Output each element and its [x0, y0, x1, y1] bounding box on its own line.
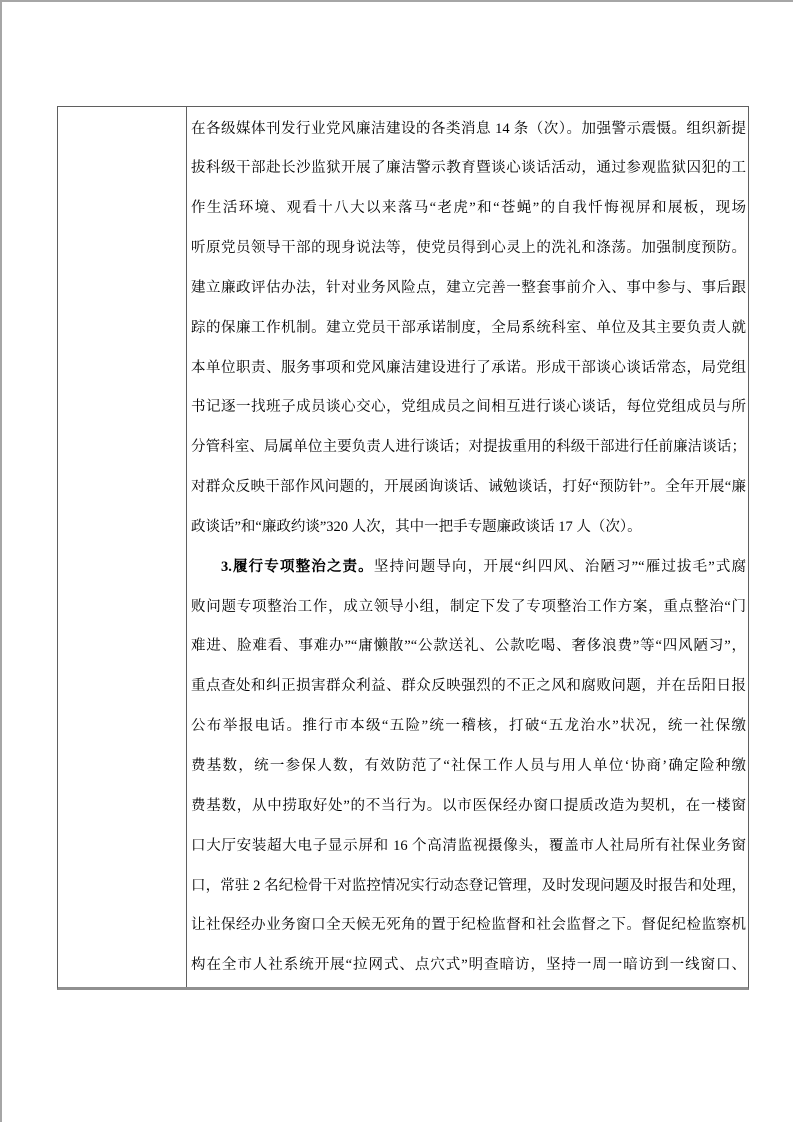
text-line: 构在全市人社系统开展“拉网式、点穴式”明查暗访，坚持一周一暗访到一线窗口、 [191, 946, 746, 986]
text-line: 分管科室、局属单位主要负责人进行谈话；对提拔重用的科级干部进行任前廉洁谈话； [191, 428, 746, 468]
text-line: 踪的保廉工作机制。建立党员干部承诺制度，全局系统科室、单位及其主要负责人就 [191, 309, 746, 349]
text-line-paragraph-start: 3.履行专项整治之责。坚持问题导向，开展“纠四风、治陋习”“雁过拔毛”式腐 [191, 548, 746, 588]
text-line: 重点查处和纠正损害群众利益、群众反映强烈的不正之风和腐败问题，并在岳阳日报 [191, 667, 746, 707]
page-top-edge-line [0, 0, 793, 2]
text-line: 难进、脸难看、事难办”“庸懒散”“公款送礼、公款吃喝、奢侈浪费”等“四风陋习”， [191, 627, 746, 667]
text-line: 费基数，统一参保人数，有效防范了“社保工作人员与用人单位‘协商’确定险种缴 [191, 747, 746, 787]
text-line: 建立廉政评估办法，针对业务风险点，建立完善一整套事前介入、事中参与、事后跟 [191, 269, 746, 309]
page-left-edge-line [0, 0, 2, 1122]
text-line: 书记逐一找班子成员谈心交心，党组成员之间相互进行谈心谈话，每位党组成员与所 [191, 388, 746, 428]
text-line: 费基数，从中捞取好处”的不当行为。以市医保经办窗口提质改造为契机，在一楼窗 [191, 787, 746, 827]
text-line: 让社保经办业务窗口全天候无死角的置于纪检监督和社会监督之下。督促纪检监察机 [191, 906, 746, 946]
text-line: 口大厅安装超大电子显示屏和 16 个高清监视摄像头，覆盖市人社局所有社保业务窗 [191, 827, 746, 867]
text-line: 本单位职责、服务事项和党风廉洁建设进行了承诺。形成干部谈心谈话常态，局党组 [191, 349, 746, 389]
text-line: 听原党员领导干部的现身说法等，使党员得到心灵上的洗礼和涤荡。加强制度预防。 [191, 229, 746, 269]
text-line: 败问题专项整治工作，成立领导小组，制定下发了专项整治工作方案，重点整治“门 [191, 588, 746, 628]
text-line: 拔科级干部赴长沙监狱开展了廉洁警示教育暨谈心谈话活动，通过参观监狱囚犯的工 [191, 149, 746, 189]
text-line-paragraph-end: 政谈话”和“廉政约谈”320 人次，其中一把手专题廉政谈话 17 人（次）。 [191, 508, 746, 548]
table-label-cell [58, 107, 187, 987]
text-line: 口，常驻 2 名纪检骨干对监控情况实行动态登记管理，及时发现问题及时报告和处理， [191, 867, 746, 907]
table-content-cell: 在各级媒体刊发行业党风廉洁建设的各类消息 14 条（次）。加强警示震慑。组织新提… [187, 107, 748, 987]
text-line: 对群众反映干部作风问题的，开展函询谈话、诫勉谈话，打好“预防针”。全年开展“廉 [191, 468, 746, 508]
text-line: 作生活环境、观看十八大以来落马“老虎”和“苍蝇”的自我忏悔视屏和展板，现场 [191, 189, 746, 229]
report-table: 在各级媒体刊发行业党风廉洁建设的各类消息 14 条（次）。加强警示震慑。组织新提… [57, 106, 749, 990]
text-segment: 坚持问题导向，开展“纠四风、治陋习”“雁过拔毛”式腐 [374, 559, 746, 575]
text-line: 公布举报电话。推行市本级“五险”统一稽核，打破“五龙治水”状况，统一社保缴 [191, 707, 746, 747]
section-heading: 3.履行专项整治之责。 [221, 559, 374, 575]
document-page: 在各级媒体刊发行业党风廉洁建设的各类消息 14 条（次）。加强警示震慑。组织新提… [0, 0, 793, 1122]
text-line: 在各级媒体刊发行业党风廉洁建设的各类消息 14 条（次）。加强警示震慑。组织新提 [191, 110, 746, 150]
